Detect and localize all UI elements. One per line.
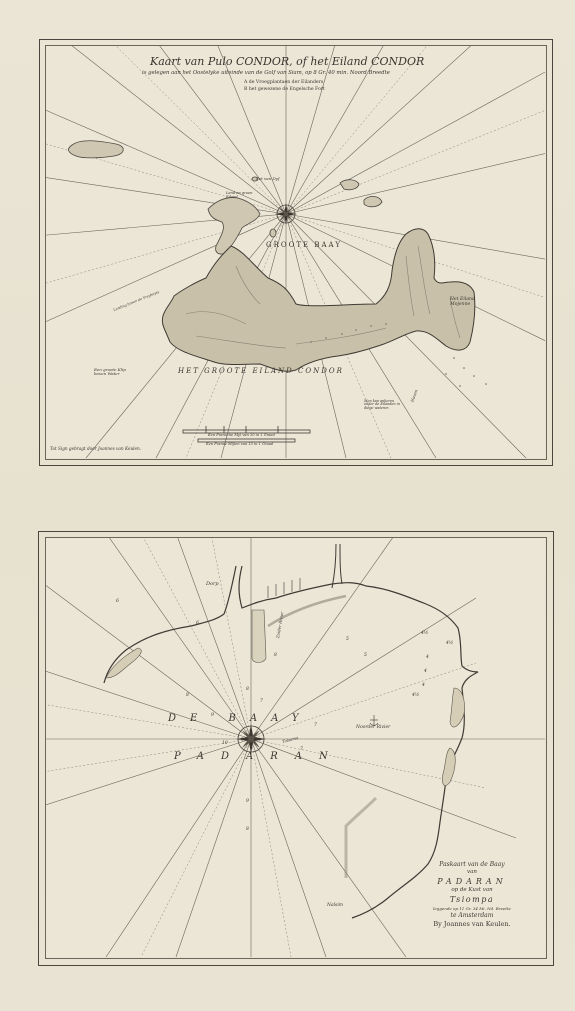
top-map-legend-b: B het gewezene de Engelsche Fort (244, 88, 325, 93)
sounding: 4 (422, 684, 425, 689)
label-groote-baay: GROOTE BAAY (266, 242, 342, 249)
label-rock-north: Set van Dyf (256, 177, 279, 181)
main-island-shape (162, 229, 474, 372)
cartouche-line-1: Paskaart van de Baay (412, 861, 532, 869)
top-map-legend-a: A de Vroegplantaen der Eilanders (244, 81, 323, 86)
label-padaran: PADARAN (174, 752, 345, 762)
map-sheet: Kaart van Pulo CONDOR, of het Eiland CON… (0, 0, 575, 1011)
sounding: 4 (426, 656, 429, 661)
sounding: 7 (260, 700, 263, 705)
top-map-subtitle: is gelegen aan het Oostelyke uiteinde va… (142, 71, 390, 76)
sounding: 4½ (421, 632, 428, 637)
bottom-map-plate: Dorp Zuider Rivier Noorder Rivier Tolsam… (46, 538, 545, 957)
sounding: 4½ (446, 642, 453, 647)
cartouche-line-3: PADARAN (412, 876, 532, 887)
label-nalsim: Nalsim (327, 904, 343, 909)
sounding: 9 (211, 714, 214, 719)
sounding: 8 (246, 828, 249, 833)
sounding: 10 (222, 742, 228, 747)
cartouche: Paskaart van de Baay van PADARAN op de K… (412, 861, 532, 929)
label-noorder-rivier: Noorder Rivier (356, 726, 390, 731)
sounding: 8 (186, 694, 189, 699)
sounding: 4 (424, 670, 427, 675)
cartouche-line-8: By Joannes van Keulen. (412, 920, 532, 929)
cartouche-line-7: te Amsterdam (412, 912, 532, 920)
sounding: 7 (314, 724, 317, 729)
sounding: 7 (300, 748, 303, 753)
label-klip: Een groote Klip boven Water (94, 368, 136, 376)
scale-bar-label-1: Een Fransche Myl van 20 in 1 Graad (208, 434, 275, 438)
label-dorp: Dorp (206, 582, 219, 587)
scale-bar-label-2: Een Franse Mijlen van 15 in 1 Graad (206, 443, 273, 447)
label-mojenne: Het Eiland Mojenne (450, 298, 488, 307)
compass-rose-icon (236, 724, 266, 754)
label-anchorage: Men kan ankeren onder de Eilanden in die… (364, 400, 404, 410)
cartouche-line-6: leggende op 11 Gr. 34 Mi. Nd. Breette (412, 905, 532, 912)
cartouche-line-4: op de Kust van (412, 887, 532, 894)
top-map-drawing (46, 46, 545, 458)
label-de-baay-text: DE BAAY (168, 713, 312, 724)
sounding: 6 (116, 600, 119, 605)
anchor-icon (370, 715, 378, 725)
sounding: 5 (364, 654, 367, 659)
label-de-baay: DE BAAY (168, 714, 312, 724)
top-map-imprint: Tot Sign gebragt door Joannes van Keulen… (50, 447, 141, 451)
sounding: 4½ (412, 694, 419, 699)
sounding: 5 (346, 638, 349, 643)
label-padaran-text: PADARAN (174, 751, 345, 762)
sounding: 8 (274, 654, 277, 659)
top-map-plate: Kaart van Pulo CONDOR, of het Eiland CON… (46, 46, 545, 458)
sounding: 9 (246, 800, 249, 805)
cartouche-line-2: van (412, 869, 532, 876)
sounding: 8 (246, 688, 249, 693)
label-groote-eiland-condor: HET GROOTE EILAND CONDOR (178, 368, 344, 375)
cartouche-line-5: Tsiompa (412, 894, 532, 905)
sounding: 6 (196, 622, 199, 627)
label-green-island: Land en groen Eiland (226, 192, 256, 199)
top-map-title: Kaart van Pulo CONDOR, of het Eiland CON… (150, 56, 424, 67)
